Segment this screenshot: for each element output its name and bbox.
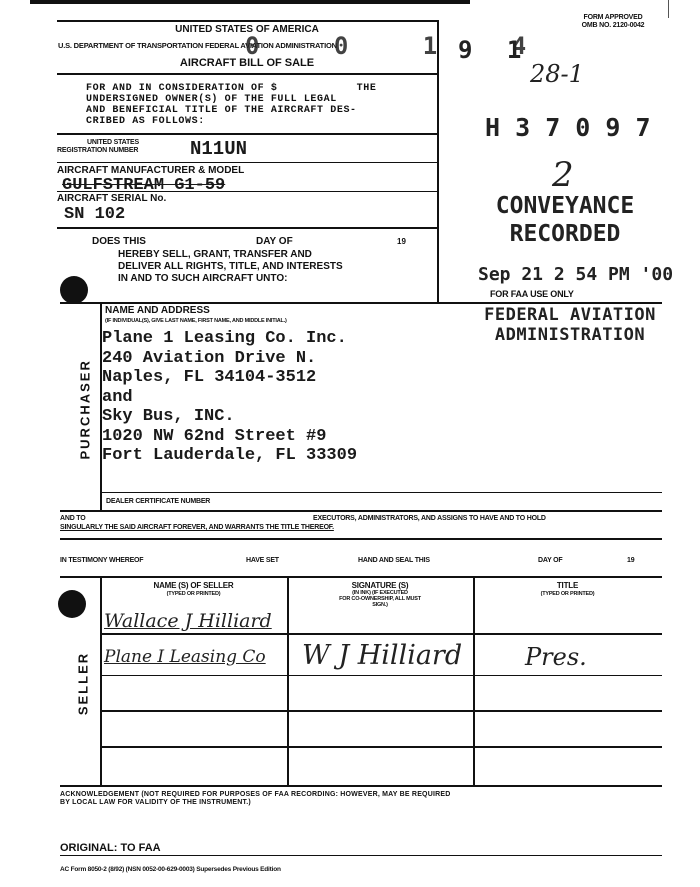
- conveyance-stamp-line-2: RECORDED: [470, 220, 660, 248]
- punch-hole-bottom: [58, 590, 86, 618]
- conveyance-stamp-line-1: CONVEYANCE: [470, 192, 660, 220]
- consideration-line-4: CRIBED AS FOLLOWS:: [86, 116, 431, 127]
- purchaser-line: Plane 1 Leasing Co. Inc.: [102, 329, 357, 349]
- have-set-label: HAVE SET: [246, 557, 279, 565]
- doc-number-suffix: 9 1: [458, 36, 531, 64]
- dealer-top-rule: [100, 492, 662, 493]
- seller-title-header: TITLE (TYPED OR PRINTED): [473, 582, 662, 598]
- purchaser-line: Sky Bus, INC.: [102, 407, 357, 427]
- registration-label: UNITED STATES REGISTRATION NUMBER: [57, 139, 187, 155]
- faa-agency-stamp: FEDERAL AVIATION ADMINISTRATION: [470, 305, 670, 345]
- does-this-label: DOES THIS: [92, 236, 146, 247]
- year-prefix-label: 19: [397, 236, 406, 247]
- purchaser-address-field[interactable]: Plane 1 Leasing Co. Inc. 240 Aviation Dr…: [102, 329, 357, 466]
- punch-hole-top: [60, 276, 88, 304]
- hand-seal-label: HAND AND SEAL THIS: [358, 557, 430, 565]
- seller-bottom-rule: [60, 785, 662, 787]
- signature-header-sub-3: SIGN.): [287, 602, 473, 608]
- seller-top-rule: [60, 576, 662, 578]
- scan-edge-mark: [668, 0, 669, 18]
- form-approved-text: FORM APPROVED: [568, 14, 658, 22]
- dealer-certificate-label: DEALER CERTIFICATE NUMBER: [106, 498, 210, 506]
- left-box-right-border: [437, 20, 439, 302]
- purchaser-line: 1020 NW 62nd Street #9: [102, 427, 357, 447]
- consideration-bottom-rule: [57, 133, 438, 135]
- serial-number-field[interactable]: SN 102: [64, 205, 125, 225]
- in-testimony-label: IN TESTIMONY WHEREOF: [60, 557, 143, 565]
- seller-name-cell[interactable]: Plane I Leasing Co: [104, 647, 266, 667]
- scan-edge-bar: [30, 0, 470, 4]
- form-title: AIRCRAFT BILL OF SALE: [57, 58, 437, 68]
- seller-row-rule-3: [100, 710, 662, 712]
- seller-section-label: SELLER: [76, 649, 91, 719]
- consideration-line-3: AND BENEFICIAL TITLE OF THE AIRCRAFT DES…: [86, 105, 431, 116]
- purchaser-section-label: PURCHASER: [78, 360, 93, 460]
- manufacturer-label: AIRCRAFT MANUFACTURER & MODEL: [57, 165, 244, 176]
- consideration-line-1: FOR AND IN CONSIDERATION OF $ THE: [86, 83, 431, 94]
- registration-label-line-2: REGISTRATION NUMBER: [57, 147, 187, 155]
- name-address-hint: (IF INDIVIDUAL(S), GIVE LAST NAME, FIRST…: [105, 317, 287, 325]
- acknowledgement-line-2: BY LOCAL LAW FOR VALIDITY OF THE INSTRUM…: [60, 799, 665, 807]
- form-id-label: AC Form 8050-2 (8/92) (NSN 0052-00-629-0…: [60, 866, 281, 874]
- header-top-rule: [57, 20, 438, 22]
- handwritten-mark: 2: [552, 155, 574, 195]
- header-bottom-rule: [57, 73, 438, 75]
- signature-header-label: SIGNATURE (S): [287, 582, 473, 590]
- and-to-label: AND TO: [60, 515, 86, 523]
- handwritten-note: 28-1: [530, 60, 584, 88]
- seller-col-divider-2: [473, 576, 475, 786]
- consideration-block: FOR AND IN CONSIDERATION OF $ THE UNDERS…: [86, 83, 431, 127]
- footer-rule: [60, 855, 662, 856]
- seller-row-rule-2: [100, 675, 662, 676]
- manufacturer-bottom-rule: [57, 191, 438, 192]
- registration-number-field[interactable]: N11UN: [190, 140, 247, 160]
- warranty-text: SINGULARLY THE SAID AIRCRAFT FOREVER, AN…: [60, 524, 334, 532]
- agency-line-1: FEDERAL AVIATION: [470, 305, 670, 325]
- seller-title-cell[interactable]: Pres.: [525, 643, 587, 671]
- form-approved-label: FORM APPROVED OMB NO. 2120-0042: [568, 14, 658, 30]
- serial-label: AIRCRAFT SERIAL No.: [57, 193, 166, 204]
- executors-text: EXECUTORS, ADMINISTRATORS, AND ASSIGNS T…: [313, 515, 546, 523]
- name-address-label: NAME AND ADDRESS: [105, 305, 210, 316]
- acknowledgement-line-1: ACKNOWLEDGEMENT (NOT REQUIRED FOR PURPOS…: [60, 791, 665, 799]
- original-to-faa-label: ORIGINAL: TO FAA: [60, 842, 161, 854]
- seller-row-rule-4: [100, 746, 662, 748]
- date-stamp: Sep 21 2 54 PM '00: [478, 264, 673, 285]
- conveyance-text: HEREBY SELL, GRANT, TRANSFER AND DELIVER…: [118, 249, 343, 285]
- title-header-label: TITLE: [473, 582, 662, 590]
- conveyance-line-3: IN AND TO SUCH AIRCRAFT UNTO:: [118, 273, 343, 285]
- name-header-sub: (TYPED OR PRINTED): [100, 590, 287, 598]
- acknowledgement-text: ACKNOWLEDGEMENT (NOT REQUIRED FOR PURPOS…: [60, 791, 665, 807]
- conveyance-recorded-stamp: CONVEYANCE RECORDED: [470, 192, 660, 248]
- day-of-label: DAY OF: [256, 236, 293, 247]
- conveyance-line-1: HEREBY SELL, GRANT, TRANSFER AND: [118, 249, 343, 261]
- purchaser-line: and: [102, 388, 357, 408]
- name-header-label: NAME (S) OF SELLER: [100, 582, 287, 590]
- purchaser-bottom-rule: [60, 510, 662, 512]
- seller-name-cell[interactable]: Wallace J Hilliard: [104, 610, 272, 632]
- serial-bottom-rule: [57, 227, 438, 229]
- seller-signature-header: SIGNATURE (S) (IN INK) (IF EXECUTED FOR …: [287, 582, 473, 608]
- purchaser-line: Naples, FL 34104-3512: [102, 368, 357, 388]
- seller-left-border: [100, 576, 102, 786]
- warranty-bottom-rule: [60, 538, 662, 540]
- purchaser-line: 240 Aviation Drive N.: [102, 349, 357, 369]
- faa-use-only-label: FOR FAA USE ONLY: [490, 290, 574, 298]
- agency-line-2: ADMINISTRATION: [470, 325, 670, 345]
- registration-label-line-1: UNITED STATES: [57, 139, 187, 147]
- title-header-sub: (TYPED OR PRINTED): [473, 590, 662, 598]
- seller-name-header: NAME (S) OF SELLER (TYPED OR PRINTED): [100, 582, 287, 598]
- conveyance-line-2: DELIVER ALL RIGHTS, TITLE, AND INTERESTS: [118, 261, 343, 273]
- seller-row-rule-1: [100, 633, 662, 635]
- seller-signature-cell[interactable]: W J Hilliard: [302, 640, 462, 671]
- record-number: H 3 7 0 9 7: [485, 113, 651, 142]
- purchaser-line: Fort Lauderdale, FL 33309: [102, 446, 357, 466]
- omb-number: OMB NO. 2120-0042: [568, 22, 658, 30]
- registration-bottom-rule: [57, 162, 438, 163]
- purchaser-top-rule: [60, 302, 662, 304]
- testimony-year-prefix: 19: [627, 557, 634, 565]
- testimony-day-of-label: DAY OF: [538, 557, 562, 565]
- consideration-line-2: UNDERSIGNED OWNER(S) OF THE FULL LEGAL: [86, 94, 431, 105]
